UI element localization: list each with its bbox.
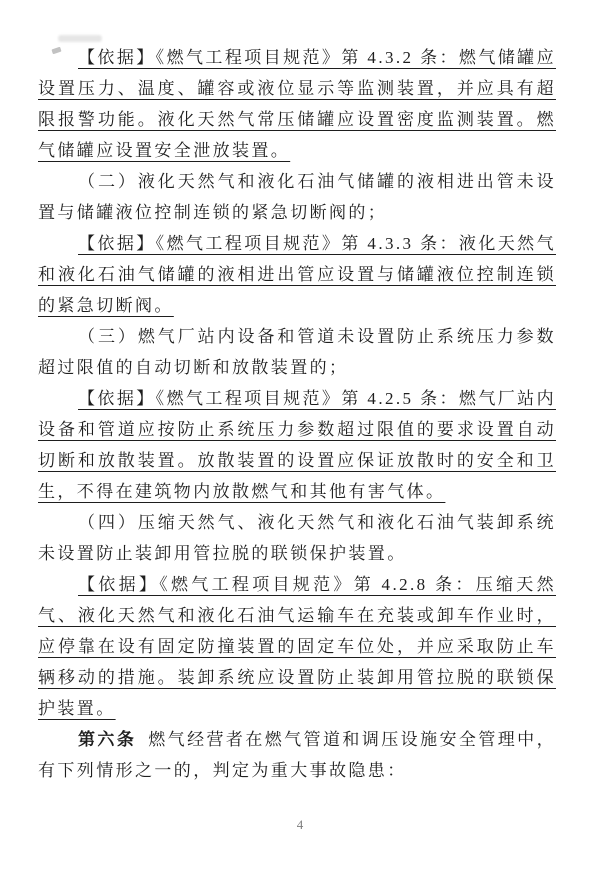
paragraph-text: 【依据】《燃气工程项目规范》第 4.2.5 条：燃气厂站内设备和管道应按防止系统… (38, 389, 556, 501)
paragraph-item-2: （二）液化天然气和液化石油气储罐的液相进出管未设置与储罐液位控制连锁的紧急切断阀… (38, 166, 556, 228)
paragraph-item-4: （四）压缩天然气、液化天然气和液化石油气装卸系统未设置防止装卸用管拉脱的联锁保护… (38, 507, 556, 569)
paragraph-text: 【依据】《燃气工程项目规范》第 4.2.8 条：压缩天然气、液化天然气和液化石油… (38, 575, 556, 718)
page-number: 4 (0, 817, 600, 833)
document-body: 【依据】《燃气工程项目规范》第 4.3.2 条：燃气储罐应设置压力、温度、罐容或… (38, 42, 556, 786)
article-number-label: 第六条 (78, 730, 136, 749)
paragraph-item-3: （三）燃气厂站内设备和管道未设置防止系统压力参数超过限值的自动切断和放散装置的； (38, 321, 556, 383)
paragraph-text: （二）液化天然气和液化石油气储罐的液相进出管未设置与储罐液位控制连锁的紧急切断阀… (38, 172, 556, 222)
paragraph-text: 【依据】《燃气工程项目规范》第 4.3.2 条：燃气储罐应设置压力、温度、罐容或… (38, 48, 556, 160)
scan-artifact-smudge (58, 35, 102, 42)
paragraph-article-6: 第六条燃气经营者在燃气管道和调压设施安全管理中，有下列情形之一的，判定为重大事故… (38, 724, 556, 786)
paragraph-basis-4-2-5: 【依据】《燃气工程项目规范》第 4.2.5 条：燃气厂站内设备和管道应按防止系统… (38, 383, 556, 507)
document-page: 【依据】《燃气工程项目规范》第 4.3.2 条：燃气储罐应设置压力、温度、罐容或… (0, 0, 600, 872)
paragraph-basis-4-2-8: 【依据】《燃气工程项目规范》第 4.2.8 条：压缩天然气、液化天然气和液化石油… (38, 569, 556, 724)
paragraph-text: 【依据】《燃气工程项目规范》第 4.3.3 条：液化天然气和液化石油气储罐的液相… (38, 234, 556, 315)
paragraph-text: （三）燃气厂站内设备和管道未设置防止系统压力参数超过限值的自动切断和放散装置的； (38, 327, 556, 377)
paragraph-basis-4-3-2: 【依据】《燃气工程项目规范》第 4.3.2 条：燃气储罐应设置压力、温度、罐容或… (38, 42, 556, 166)
paragraph-text: （四）压缩天然气、液化天然气和液化石油气装卸系统未设置防止装卸用管拉脱的联锁保护… (38, 513, 556, 563)
paragraph-basis-4-3-3: 【依据】《燃气工程项目规范》第 4.3.3 条：液化天然气和液化石油气储罐的液相… (38, 228, 556, 321)
